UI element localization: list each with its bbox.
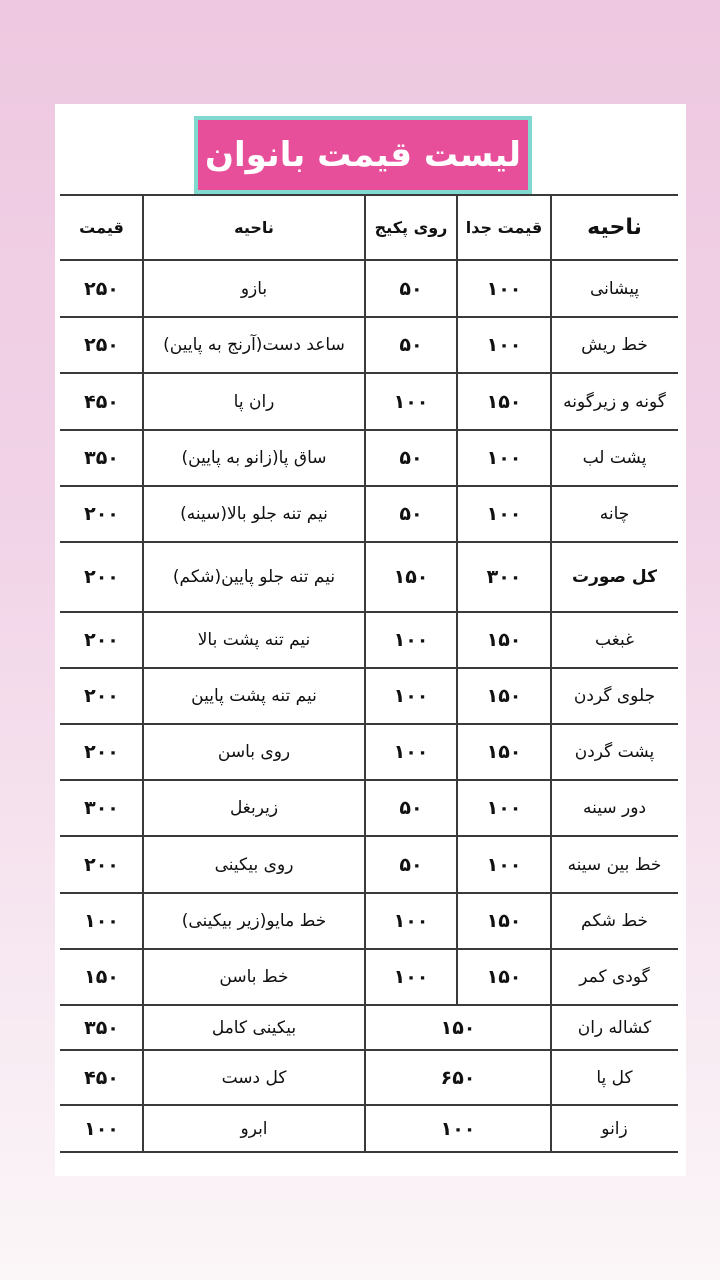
right-area-cell: کل صورت <box>551 542 678 612</box>
right-area-cell: دور سینه <box>551 780 678 836</box>
package-price-cell: ۱۰۰ <box>365 893 457 949</box>
left-area-cell: نیم تنه جلو بالا(سینه) <box>143 486 365 542</box>
single-price-cell: ۱۰۰ <box>457 260 551 317</box>
header-area-right: ناحیه <box>551 195 678 260</box>
left-price-cell: ۲۰۰ <box>60 486 143 542</box>
package-price-cell: ۵۰ <box>365 260 457 317</box>
single-price-cell: ۱۵۰ <box>457 949 551 1005</box>
right-area-cell: پشت لب <box>551 430 678 486</box>
merged-price-cell: ۱۰۰ <box>365 1105 551 1152</box>
title-banner: لیست قیمت بانوان <box>194 116 532 194</box>
left-price-cell: ۴۵۰ <box>60 373 143 430</box>
left-price-cell: ۲۰۰ <box>60 668 143 724</box>
left-area-cell: ساعد دست(آرنج به پایین) <box>143 317 365 373</box>
left-area-cell: ساق پا(زانو به پایین) <box>143 430 365 486</box>
left-price-cell: ۲۵۰ <box>60 317 143 373</box>
left-area-cell: نیم تنه پشت بالا <box>143 612 365 668</box>
package-price-cell: ۱۰۰ <box>365 612 457 668</box>
right-area-cell: غبغب <box>551 612 678 668</box>
left-price-cell: ۲۰۰ <box>60 612 143 668</box>
package-price-cell: ۵۰ <box>365 486 457 542</box>
left-area-cell: روی بیکینی <box>143 836 365 893</box>
header-price: قیمت <box>60 195 143 260</box>
package-price-cell: ۵۰ <box>365 430 457 486</box>
single-price-cell: ۱۵۰ <box>457 893 551 949</box>
single-price-cell: ۱۰۰ <box>457 780 551 836</box>
left-area-cell: نیم تنه جلو پایین(شکم) <box>143 542 365 612</box>
right-area-cell: خط ریش <box>551 317 678 373</box>
left-price-cell: ۱۰۰ <box>60 1105 143 1152</box>
package-price-cell: ۱۰۰ <box>365 373 457 430</box>
left-price-cell: ۲۰۰ <box>60 836 143 893</box>
single-price-cell: ۳۰۰ <box>457 542 551 612</box>
single-price-cell: ۱۵۰ <box>457 724 551 780</box>
merged-price-cell: ۶۵۰ <box>365 1050 551 1105</box>
left-area-cell: زیربغل <box>143 780 365 836</box>
left-price-cell: ۳۵۰ <box>60 1005 143 1050</box>
header-package-price: روی پکیج <box>365 195 457 260</box>
left-area-cell: خط باسن <box>143 949 365 1005</box>
left-area-cell: روی باسن <box>143 724 365 780</box>
left-price-cell: ۲۰۰ <box>60 542 143 612</box>
right-area-cell: کل پا <box>551 1050 678 1105</box>
left-area-cell: نیم تنه پشت پایین <box>143 668 365 724</box>
package-price-cell: ۱۵۰ <box>365 542 457 612</box>
right-area-cell: چانه <box>551 486 678 542</box>
single-price-cell: ۱۰۰ <box>457 836 551 893</box>
right-area-cell: گونه و زیرگونه <box>551 373 678 430</box>
package-price-cell: ۱۰۰ <box>365 724 457 780</box>
left-price-cell: ۱۵۰ <box>60 949 143 1005</box>
right-area-cell: پیشانی <box>551 260 678 317</box>
left-price-cell: ۴۵۰ <box>60 1050 143 1105</box>
single-price-cell: ۱۵۰ <box>457 612 551 668</box>
left-area-cell: بیکینی کامل <box>143 1005 365 1050</box>
single-price-cell: ۱۰۰ <box>457 430 551 486</box>
header-area-left: ناحیه <box>143 195 365 260</box>
left-area-cell: کل دست <box>143 1050 365 1105</box>
package-price-cell: ۱۰۰ <box>365 668 457 724</box>
left-price-cell: ۳۰۰ <box>60 780 143 836</box>
left-area-cell: بازو <box>143 260 365 317</box>
right-area-cell: کشاله ران <box>551 1005 678 1050</box>
right-area-cell: پشت گردن <box>551 724 678 780</box>
left-price-cell: ۲۰۰ <box>60 724 143 780</box>
right-area-cell: جلوی گردن <box>551 668 678 724</box>
package-price-cell: ۵۰ <box>365 780 457 836</box>
left-price-cell: ۲۵۰ <box>60 260 143 317</box>
right-area-cell: خط بین سینه <box>551 836 678 893</box>
left-area-cell: ابرو <box>143 1105 365 1152</box>
page-title: لیست قیمت بانوان <box>198 120 528 190</box>
left-price-cell: ۳۵۰ <box>60 430 143 486</box>
right-area-cell: گودی کمر <box>551 949 678 1005</box>
single-price-cell: ۱۵۰ <box>457 668 551 724</box>
merged-price-cell: ۱۵۰ <box>365 1005 551 1050</box>
left-area-cell: خط مایو(زیر بیکینی) <box>143 893 365 949</box>
right-area-cell: زانو <box>551 1105 678 1152</box>
single-price-cell: ۱۵۰ <box>457 373 551 430</box>
right-area-cell: خط شکم <box>551 893 678 949</box>
package-price-cell: ۱۰۰ <box>365 949 457 1005</box>
left-price-cell: ۱۰۰ <box>60 893 143 949</box>
left-area-cell: ران پا <box>143 373 365 430</box>
single-price-cell: ۱۰۰ <box>457 486 551 542</box>
single-price-cell: ۱۰۰ <box>457 317 551 373</box>
package-price-cell: ۵۰ <box>365 317 457 373</box>
package-price-cell: ۵۰ <box>365 836 457 893</box>
header-single-price: قیمت جدا <box>457 195 551 260</box>
